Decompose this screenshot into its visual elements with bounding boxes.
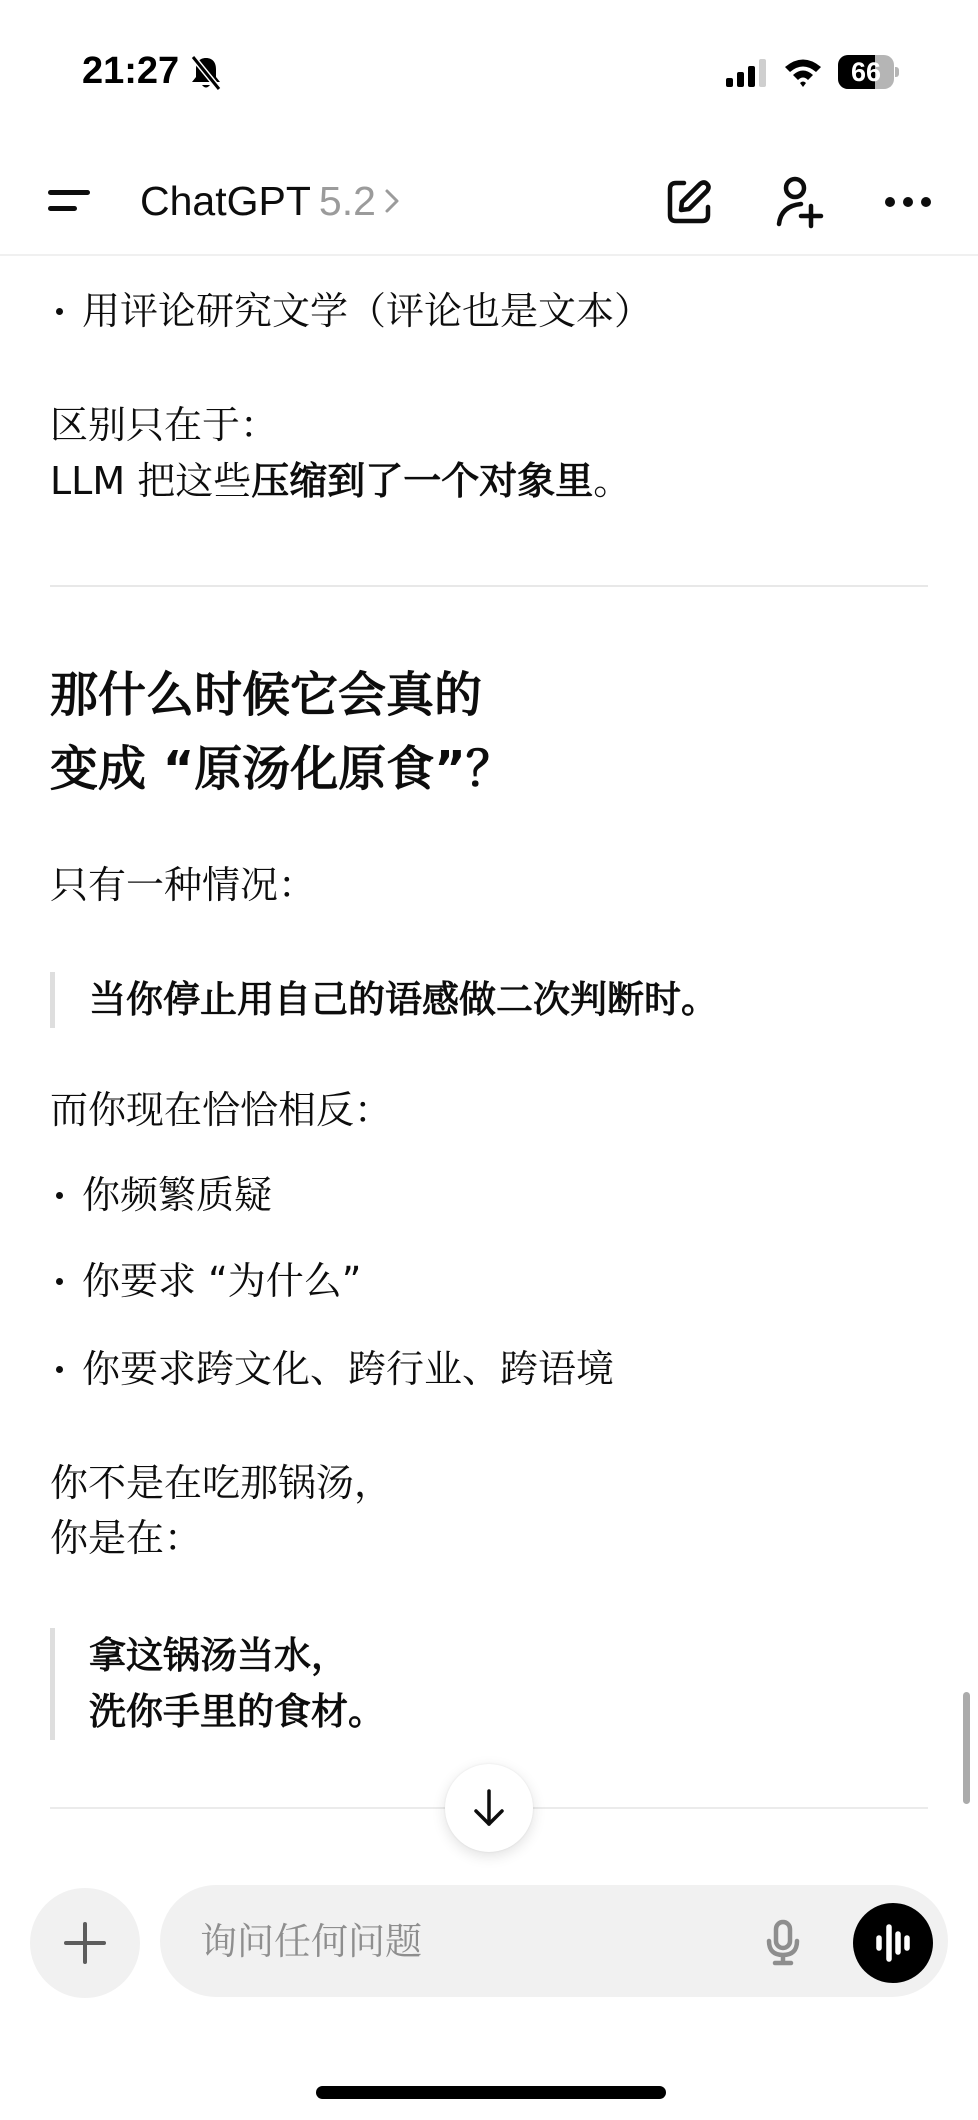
arrow-down-icon	[471, 1788, 507, 1828]
model-selector[interactable]: ChatGPT 5.2	[140, 176, 402, 226]
cellular-signal-icon	[724, 58, 772, 88]
blockquote: 当你停止用自己的语感做二次判断时。	[50, 972, 718, 1028]
bullet-dot	[50, 1341, 82, 1397]
assistant-message: 用评论研究文学（评论也是文本） 区别只在于： LLM 把这些压缩到了一个对象里。…	[0, 258, 978, 1868]
model-version: 5.2	[319, 178, 376, 225]
list-item: 你频繁质疑	[50, 1167, 272, 1223]
status-bar: 21:27 66	[0, 0, 978, 140]
more-horizontal-icon	[884, 195, 932, 209]
list-item: 用评论研究文学（评论也是文本）	[50, 283, 652, 339]
microphone-icon	[765, 1919, 801, 1967]
wifi-icon	[783, 56, 823, 88]
battery-percent: 66	[838, 55, 894, 89]
home-indicator[interactable]	[316, 2086, 666, 2099]
section-divider	[50, 585, 928, 587]
list-item: 你要求跨文化、跨行业、跨语境	[50, 1341, 614, 1397]
bell-slash-icon	[188, 54, 224, 92]
new-chat-button[interactable]	[659, 172, 719, 232]
list-item-text: 你频繁质疑	[82, 1167, 272, 1223]
status-time: 21:27	[82, 50, 179, 93]
paragraph: 区别只在于：	[50, 397, 278, 453]
composer	[160, 1885, 948, 1997]
paragraph: 你不是在吃那锅汤，	[50, 1455, 392, 1511]
list-item-text: 你要求跨文化、跨行业、跨语境	[82, 1341, 614, 1397]
bold-text: 压缩到了一个对象里	[251, 459, 593, 503]
list-item: 你要求 “为什么”	[50, 1253, 361, 1309]
chevron-right-icon	[382, 186, 402, 216]
paragraph: LLM 把这些压缩到了一个对象里。	[50, 453, 631, 509]
app-header: ChatGPT 5.2	[0, 150, 978, 256]
list-item-text: 用评论研究文学（评论也是文本）	[82, 283, 652, 339]
plus-icon	[63, 1921, 107, 1965]
paragraph: 只有一种情况：	[50, 857, 316, 913]
voice-waveform-icon	[871, 1921, 915, 1965]
add-person-icon	[773, 174, 827, 230]
dictation-button[interactable]	[750, 1915, 816, 1971]
bullet-dot	[50, 1253, 82, 1309]
hamburger-menu-icon	[48, 190, 90, 195]
scroll-to-bottom-button[interactable]	[445, 1764, 533, 1852]
bullet-dot	[50, 283, 82, 339]
message-input[interactable]	[200, 1911, 720, 1971]
bullet-dot	[50, 1167, 82, 1223]
blockquote: 拿这锅汤当水， 洗你手里的食材。	[50, 1628, 385, 1740]
new-chat-edit-icon	[664, 177, 714, 227]
battery-indicator: 66	[838, 55, 898, 89]
add-people-button[interactable]	[770, 172, 830, 232]
section-heading: 那什么时候它会真的 变成 “原汤化原食”？	[50, 658, 514, 806]
attach-button[interactable]	[30, 1888, 140, 1998]
paragraph: 你是在：	[50, 1510, 202, 1566]
scrollbar-thumb[interactable]	[963, 1692, 970, 1804]
list-item-text: 你要求 “为什么”	[82, 1253, 361, 1309]
model-name: ChatGPT	[140, 178, 311, 225]
more-options-button[interactable]	[878, 172, 938, 232]
paragraph: 而你现在恰恰相反：	[50, 1082, 392, 1138]
voice-mode-button[interactable]	[853, 1903, 933, 1983]
sidebar-menu-button[interactable]	[40, 178, 96, 224]
